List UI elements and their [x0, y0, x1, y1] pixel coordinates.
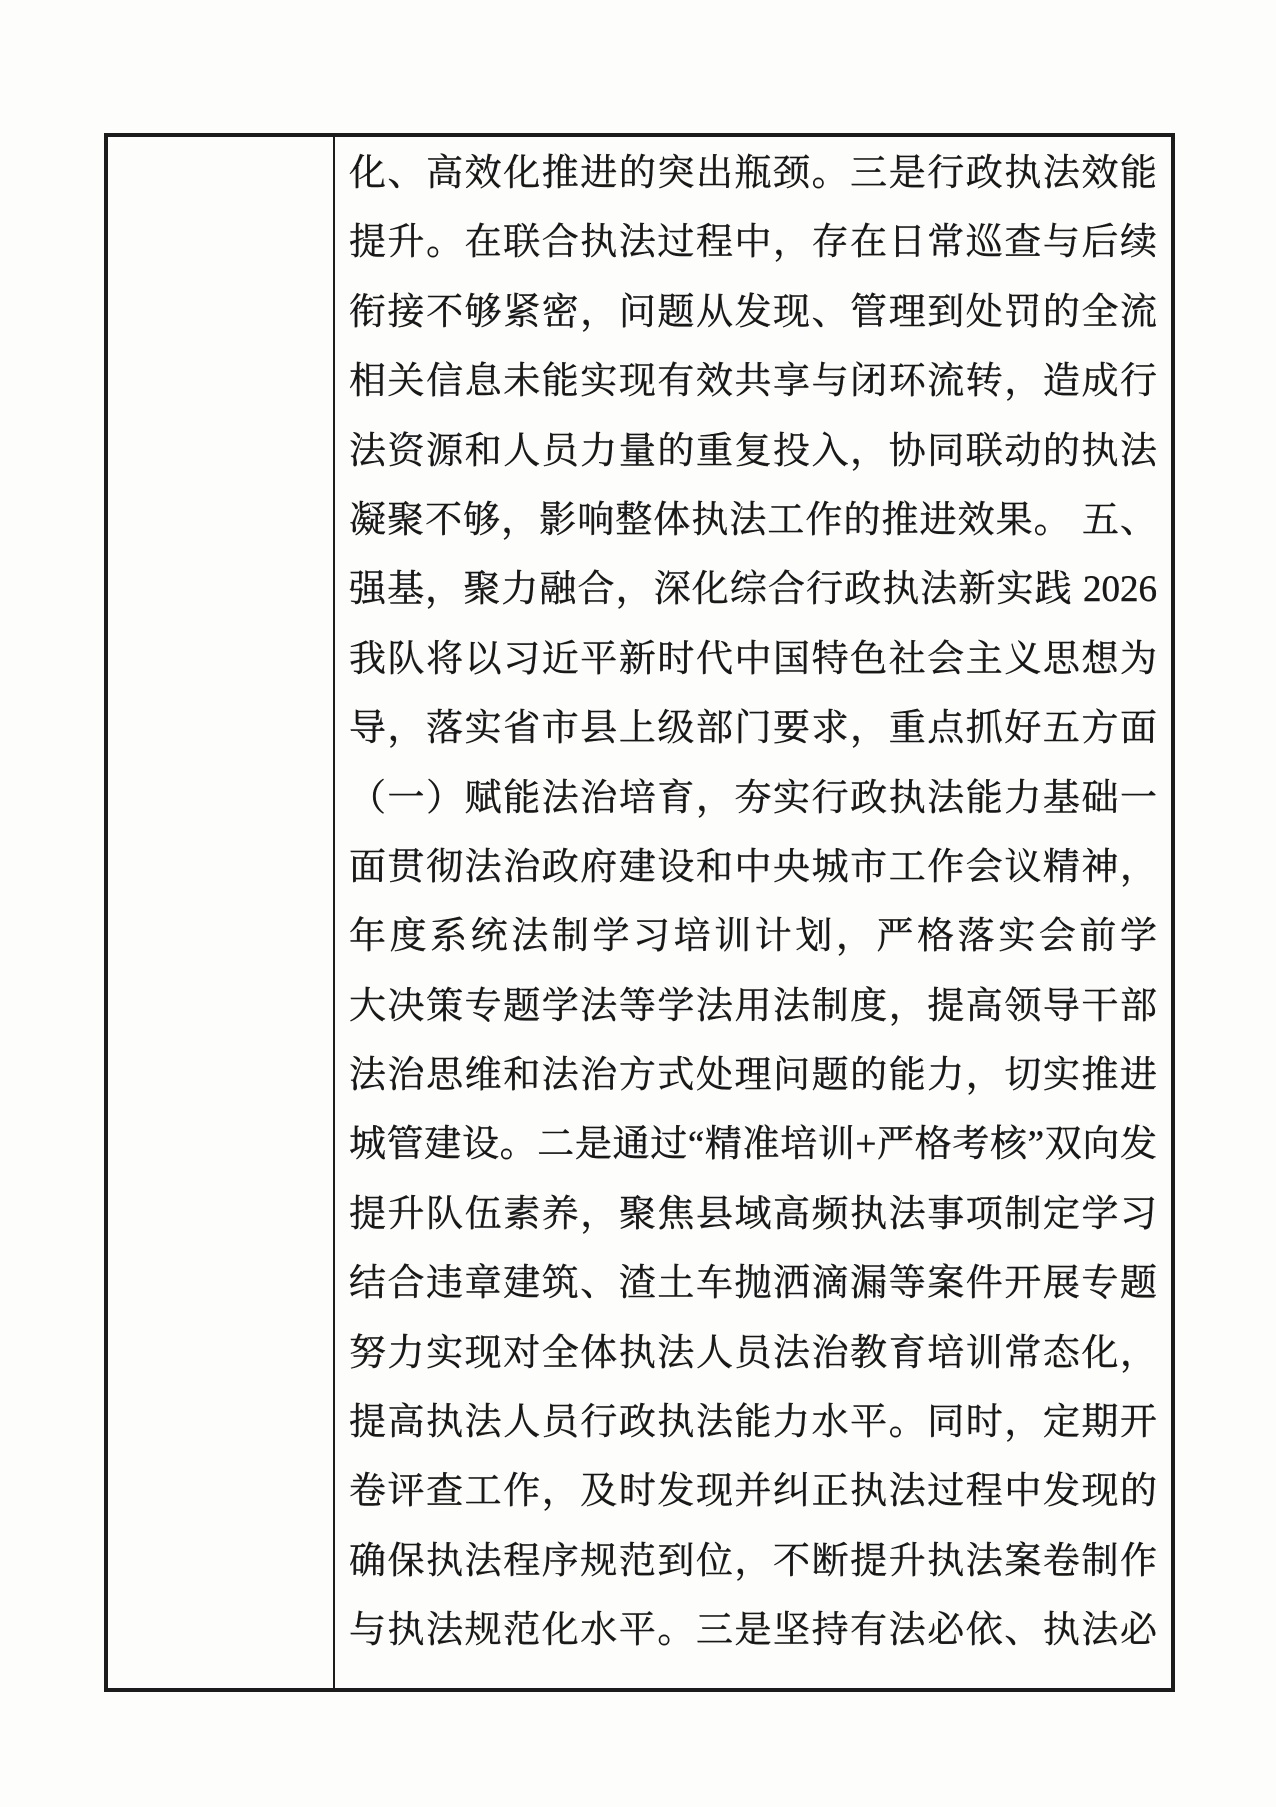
text-line: 确保执法程序规范到位，不断提升执法案卷制作质量 — [349, 1527, 1157, 1596]
text-line: 与执法规范化水平。三是坚持有法必依、执法必严、 — [349, 1596, 1157, 1665]
text-line: 城管建设。二是通过“精准培训+严格考核”双向发力 — [349, 1110, 1157, 1179]
table-left-cell-empty — [108, 137, 335, 1688]
scanned-document-page: { "colors": { "background": "#fdfdfc", "… — [0, 0, 1276, 1807]
document-table: 化、高效化推进的突出瓶颈。三是行政执法效能有待提升。在联合执法过程中，存在日常巡… — [104, 133, 1175, 1692]
text-line: （一）赋能法治培育，夯实行政执法能力基础一是全 — [349, 764, 1157, 833]
table-right-cell: 化、高效化推进的突出瓶颈。三是行政执法效能有待提升。在联合执法过程中，存在日常巡… — [335, 137, 1171, 1688]
text-line: 强基，聚力融合，深化综合行政执法新实践 2026 年， — [349, 555, 1157, 624]
text-line: 法治思维和法治方式处理问题的能力，切实推进法治 — [349, 1041, 1157, 1110]
text-line: 年度系统法制学习培训计划，严格落实会前学法、重 — [349, 902, 1157, 971]
text-line: 衔接不够紧密，问题从发现、管理到处罚的全流程中， — [349, 278, 1157, 347]
text-line: 化、高效化推进的突出瓶颈。三是行政执法效能有待 — [349, 139, 1157, 208]
text-line: 提升队伍素养，聚焦县域高频执法事项制定学习计划， — [349, 1180, 1157, 1249]
text-line: 提高执法人员行政执法能力水平。同时，定期开展案 — [349, 1388, 1157, 1457]
text-line: 卷评查工作，及时发现并纠正执法过程中发现的问题， — [349, 1457, 1157, 1526]
paragraph-text: 化、高效化推进的突出瓶颈。三是行政执法效能有待提升。在联合执法过程中，存在日常巡… — [349, 139, 1157, 1666]
text-line: 法资源和人员力量的重复投入，协同联动的执法合力 — [349, 417, 1157, 486]
text-line: 导，落实省市县上级部门要求，重点抓好五方面工作: — [349, 694, 1157, 763]
text-line: 相关信息未能实现有效共享与闭环流转，造成行政执 — [349, 347, 1157, 416]
text-line: 提升。在联合执法过程中，存在日常巡查与后续处置 — [349, 208, 1157, 277]
text-line: 结合违章建筑、渣土车抛洒滴漏等案件开展专题学习， — [349, 1249, 1157, 1318]
text-line: 面贯彻法治政府建设和中央城市工作会议精神，制定 — [349, 833, 1157, 902]
text-line: 努力实现对全体执法人员法治教育培训常态化，切实 — [349, 1319, 1157, 1388]
text-line: 大决策专题学法等学法用法制度，提高领导干部运用 — [349, 972, 1157, 1041]
text-line: 我队将以习近平新时代中国特色社会主义思想为指 — [349, 625, 1157, 694]
text-line: 凝聚不够，影响整体执法工作的推进效果。 五、赋能 — [349, 486, 1157, 555]
